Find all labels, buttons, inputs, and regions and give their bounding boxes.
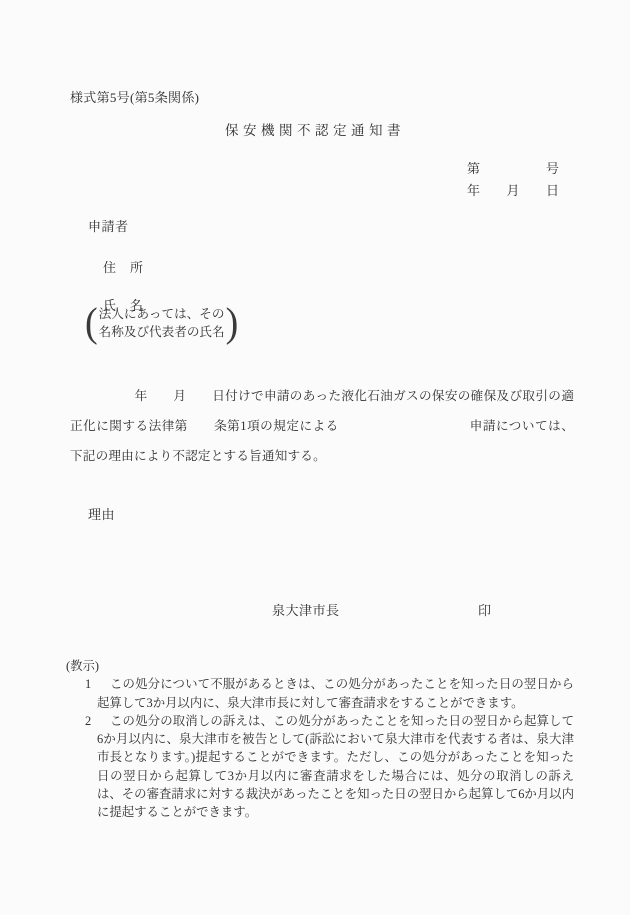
document-number-line: 第 号 <box>467 158 559 177</box>
appeal-instruction-item-2-text: この処分の取消しの訴えは、この処分があったことを知った日の翌日から起算して6か月… <box>97 714 574 819</box>
appeal-instruction-item-2-number: 2 <box>85 712 91 730</box>
applicant-label: 申請者 <box>88 216 129 235</box>
appeal-instruction-item-2: 2 この処分の取消しの訴えは、この処分があったことを知った日の翌日から起算して6… <box>66 712 574 822</box>
document-number-prefix: 第 <box>467 158 480 177</box>
appeal-instruction-item-1: 1 この処分について不服があるときは、この処分があったことを知った日の翌日から起… <box>66 675 574 712</box>
corporate-note-open-bracket: ( <box>85 301 98 344</box>
document-number-suffix: 号 <box>546 158 559 177</box>
appeal-instruction-item-1-text: この処分について不服があるときは、この処分があったことを知った日の翌日から起算し… <box>97 677 574 709</box>
issuer-name: 泉大津市長 <box>272 600 340 619</box>
date-year-label: 年 <box>467 180 480 199</box>
reason-label: 理由 <box>88 504 115 523</box>
applicant-address-label: 住 所 <box>103 257 144 276</box>
appeal-instruction-item-1-number: 1 <box>85 675 91 693</box>
corporate-note-close-bracket: ) <box>226 301 239 344</box>
form-number: 様式第5号(第5条関係) <box>70 87 199 106</box>
corporate-name-note: ( 法人にあっては、その 名称及び代表者の氏名 ) <box>85 303 238 343</box>
date-month-label: 月 <box>506 180 519 199</box>
corporate-note-line1: 法人にあっては、その <box>99 305 225 323</box>
notification-body-paragraph: 年 月 日付けで申請のあった液化石油ガスの保安の確保及び取引の適正化に関する法律… <box>70 381 574 471</box>
date-day-label: 日 <box>546 180 559 199</box>
corporate-note-line2: 名称及び代表者の氏名 <box>99 323 225 341</box>
document-page: 様式第5号(第5条関係) 保安機関不認定通知書 第 号 年 月 日 申請者 住 … <box>0 0 630 915</box>
seal-mark: 印 <box>478 600 491 619</box>
appeal-instructions-heading: (教示) <box>66 657 574 675</box>
document-title: 保安機関不認定通知書 <box>0 119 630 139</box>
corporate-note-text: 法人にあっては、その 名称及び代表者の氏名 <box>99 305 225 341</box>
appeal-instructions-section: (教示) 1 この処分について不服があるときは、この処分があったことを知った日の… <box>66 657 574 822</box>
date-line: 年 月 日 <box>467 180 559 199</box>
